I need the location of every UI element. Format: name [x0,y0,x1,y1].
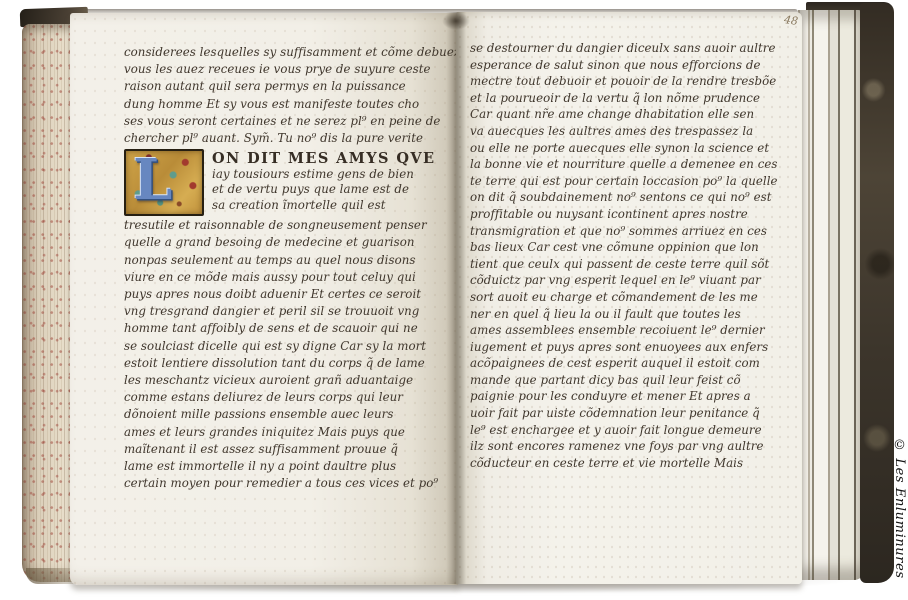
manuscript-line: ames et leurs grandes iniquitez Mais puy… [124,424,446,441]
manuscript-line: quelle a grand besoing de medecine et gu… [124,234,446,251]
manuscript-line: paignie pour les conduyre et mener Et ap… [470,388,796,405]
manuscript-line: lame est immortelle il ny a point daultr… [124,458,446,475]
manuscript-line: et de vertu puys que lame est de [212,182,435,197]
manuscript-line: le⁹ est enchargee et y auoir fait longue… [470,422,796,439]
left-lines-top: considerees lesquelles sy suffisamment e… [124,44,446,147]
manuscript-line: homme tant affoibly de sens et de scauoi… [124,320,446,337]
manuscript-line: et la pourueoir de la vertu q̃ lon nõme … [470,90,796,107]
gutter-top-notch [442,12,470,30]
initial-letter: L [133,148,172,212]
right-page-text: se destourner du dangier diceulx sans au… [470,40,796,471]
manuscript-line: va auecques les aultres ames des trespas… [470,123,796,140]
manuscript-line: mectre tout debuoir et pouoir de la rend… [470,73,796,90]
right-turned-page-edges [798,10,864,580]
manuscript-line: comme estans deliurez de leurs corps qui… [124,389,446,406]
left-page-text: considerees lesquelles sy suffisamment e… [124,44,446,492]
manuscript-line: considerees lesquelles sy suffisamment e… [124,44,446,61]
manuscript-line: esperance de salut sinon que nous efforc… [470,57,796,74]
manuscript-line: iugement et puys apres sont enuoyees aux… [470,339,796,356]
manuscript-line: la bonne vie et nourriture quelle a deme… [470,156,796,173]
manuscript-line: on dit q̃ soubdainement no⁹ sentons ce q… [470,189,796,206]
manuscript-line: nonpas seulement au temps au quel nous d… [124,252,446,269]
manuscript-line: maĩtenant il est assez suffisamment prou… [124,441,446,458]
manuscript-line: iay tousiours estime gens de bien [212,167,435,182]
manuscript-line: ner en quel q̃ lieu la ou il fault que t… [470,306,796,323]
manuscript-line: raison autant quil sera permys en la pui… [124,78,446,95]
illuminated-initial: L [124,149,204,216]
manuscript-line: Car quant nr̃e ame change dhabitation el… [470,106,796,123]
manuscript-line: sort auoit eu charge et cõmandement de l… [470,289,796,306]
initial-row: L ON DIT MES AMYS QVE iay tousiours esti… [124,149,446,216]
manuscript-line: transmigration et que no⁹ sommes arriuez… [470,223,796,240]
manuscript-line: certain moyen pour remedier a tous ces v… [124,475,446,492]
manuscript-line: viure en ce mõde mais aussy pour tout ce… [124,269,446,286]
manuscript-line: acõpaignees de cest esperit auquel il es… [470,355,796,372]
initial-side-text: ON DIT MES AMYS QVE iay tousiours estime… [212,149,435,216]
manuscript-line: ou elle ne porte auecques elle synon la … [470,140,796,157]
manuscript-line: uoir fait par uiste cõdemnation leur pen… [470,405,796,422]
manuscript-photo: considerees lesquelles sy suffisamment e… [0,0,908,600]
manuscript-line: tient que ceulx qui passent de ceste ter… [470,256,796,273]
right-page: 48 se destourner du dangier diceulx sans… [456,12,802,584]
copyright-watermark: © Les Enluminures [892,438,907,579]
manuscript-line: ilz sont encores ramenez vne foys par vn… [470,438,796,455]
manuscript-line: tresutile et raisonnable de songneusemen… [124,217,446,234]
manuscript-line: vng tresgrand dangier et peril sil se tr… [124,303,446,320]
manuscript-line: te terre qui est pour certain loccasion … [470,173,796,190]
incipit-heading: ON DIT MES AMYS QVE [212,150,435,167]
manuscript-line: sa creation ĩmortelle quil est [212,198,435,213]
right-binding-cover [860,3,894,583]
manuscript-line: chercher pl⁹ auant. Sym̃. Tu no⁹ dis la … [124,130,446,147]
left-page: considerees lesquelles sy suffisamment e… [70,13,458,585]
manuscript-line: bas lieux Car cest vne cõmune oppinion q… [470,239,796,256]
manuscript-line: vous les auez receues ie vous prye de su… [124,61,446,78]
manuscript-line: dõnoient mille passions ensemble auec le… [124,406,446,423]
right-lines: se destourner du dangier diceulx sans au… [470,40,796,471]
manuscript-line: ames assemblees ensemble recoiuent le⁹ d… [470,322,796,339]
left-lines-beside: iay tousiours estime gens de bienet de v… [212,167,435,213]
manuscript-line: estoit lentiere dissolution tant du corp… [124,355,446,372]
manuscript-line: puys apres nous doibt aduenir Et certes … [124,286,446,303]
manuscript-line: mande que partant dicy bas quil leur fei… [470,372,796,389]
folio-number: 48 [783,13,799,28]
manuscript-line: se destourner du dangier diceulx sans au… [470,40,796,57]
manuscript-line: ses vous seront certaines et ne serez pl… [124,113,446,130]
manuscript-line: se soulciast dicelle qui est sy digne Ca… [124,338,446,355]
manuscript-line: cõducteur en ceste terre et vie mortelle… [470,455,796,472]
left-lines-rest: tresutile et raisonnable de songneusemen… [124,217,446,492]
manuscript-line: dung homme Et sy vous est manifeste tout… [124,96,446,113]
manuscript-line: cõduictz par vng esperit lequel en le⁹ v… [470,272,796,289]
manuscript-line: les meschantz vicieux auroient grañ adua… [124,372,446,389]
gutter-shadow [446,12,466,584]
manuscript-line: proffitable ou nuysant icontinent apres … [470,206,796,223]
